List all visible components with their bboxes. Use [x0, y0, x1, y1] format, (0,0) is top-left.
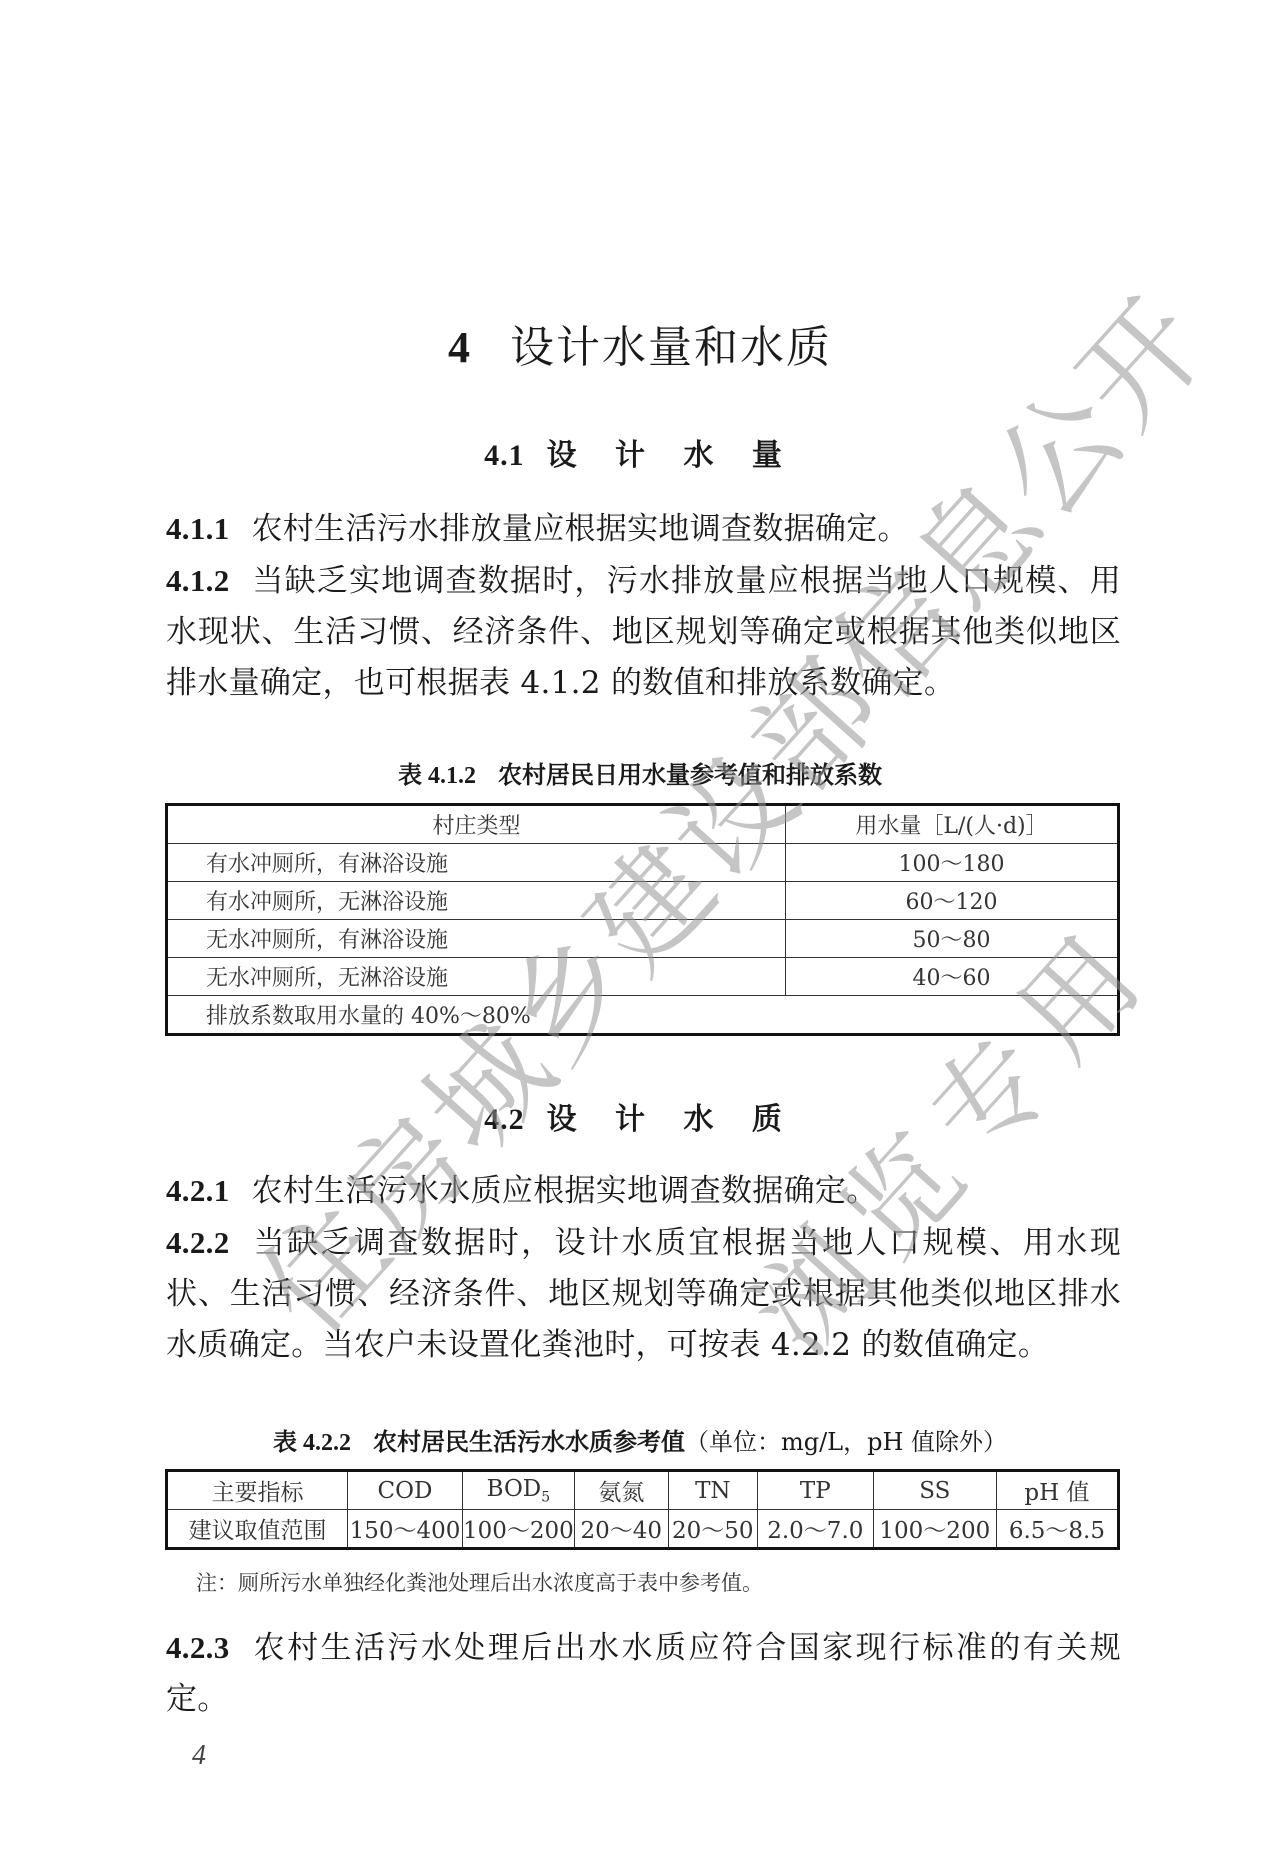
table-row: 无水冲厕所，无淋浴设施 40～60 — [167, 958, 1119, 996]
clause-4-1-1: 4.1.1农村生活污水排放量应根据实地调查数据确定。 — [166, 503, 1121, 555]
table-header-row: 主要指标 COD BOD5 氨氮 TN TP SS pH 值 — [167, 1471, 1119, 1510]
header-water-usage: 用水量［L/(人·d)］ — [786, 805, 1119, 844]
table-caption-4-1-2: 表 4.1.2农村居民日用水量参考值和排放系数 — [0, 759, 1280, 792]
chapter-title: 4设计水量和水质 — [0, 320, 1280, 376]
clause-4-2-1: 4.2.1农村生活污水水质应根据实地调查数据确定。 — [166, 1165, 1121, 1217]
table-water-quality: 主要指标 COD BOD5 氨氮 TN TP SS pH 值 建议取值范围 15… — [165, 1469, 1120, 1550]
clause-4-2-2: 4.2.2当缺乏调查数据时，设计水质宜根据当地人口规模、用水现状、生活习惯、经济… — [166, 1217, 1121, 1371]
cell-tp: 2.0～7.0 — [757, 1510, 873, 1549]
cell-water-usage: 50～80 — [786, 920, 1119, 958]
header-tn: TN — [668, 1471, 757, 1510]
table-caption-4-2-2: 表 4.2.2农村居民生活污水水质参考值（单位：mg/L，pH 值除外） — [0, 1426, 1280, 1459]
table-row: 有水冲厕所，有淋浴设施 100～180 — [167, 844, 1119, 882]
section-number: 4.1 — [484, 439, 525, 472]
bod-label: BOD — [487, 1476, 542, 1502]
table-number: 表 4.2.2 — [273, 1430, 351, 1456]
clause-number: 4.2.1 — [166, 1173, 230, 1208]
table-note: 注：厕所污水单独经化粪池处理后出水浓度高于表中参考值。 — [196, 1568, 763, 1598]
page-number: 4 — [192, 1740, 206, 1772]
clause-4-1-2: 4.1.2当缺乏实地调查数据时，污水排放量应根据当地人口规模、用水现状、生活习惯… — [166, 555, 1121, 709]
table-title: 农村居民生活污水水质参考值 — [373, 1428, 685, 1456]
table-row: 无水冲厕所，有淋浴设施 50～80 — [167, 920, 1119, 958]
clause-4-2-3: 4.2.3农村生活污水处理后出水水质应符合国家现行标准的有关规定。 — [166, 1622, 1121, 1725]
clause-text: 农村生活污水水质应根据实地调查数据确定。 — [252, 1173, 878, 1209]
cell-village-type: 无水冲厕所，无淋浴设施 — [167, 958, 786, 996]
clause-number: 4.2.3 — [166, 1630, 230, 1665]
clause-number: 4.1.2 — [166, 563, 230, 598]
header-ammonia-nitrogen: 氨氮 — [574, 1471, 668, 1510]
chapter-title-text: 设计水量和水质 — [510, 322, 832, 373]
cell-cod: 150～400 — [348, 1510, 463, 1549]
section-number: 4.2 — [484, 1103, 525, 1136]
chapter-number: 4 — [448, 323, 472, 372]
table-unit: （单位：mg/L，pH 值除外） — [685, 1428, 1007, 1456]
cell-bod5: 100～200 — [463, 1510, 575, 1549]
cell-water-usage: 60～120 — [786, 882, 1119, 920]
header-cod: COD — [348, 1471, 463, 1510]
table-number: 表 4.1.2 — [398, 763, 476, 789]
cell-water-usage: 40～60 — [786, 958, 1119, 996]
clause-text: 农村生活污水处理后出水水质应符合国家现行标准的有关规定。 — [166, 1630, 1121, 1717]
cell-ammonia-nitrogen: 20～40 — [574, 1510, 668, 1549]
header-indicator: 主要指标 — [167, 1471, 348, 1510]
cell-village-type: 无水冲厕所，有淋浴设施 — [167, 920, 786, 958]
clause-text: 当缺乏实地调查数据时，污水排放量应根据当地人口规模、用水现状、生活习惯、经济条件… — [166, 563, 1121, 701]
table-row: 有水冲厕所，无淋浴设施 60～120 — [167, 882, 1119, 920]
cell-discharge-coefficient: 排放系数取用水量的 40%～80% — [167, 996, 1119, 1035]
header-village-type: 村庄类型 — [167, 805, 786, 844]
cell-label: 建议取值范围 — [167, 1510, 348, 1549]
clause-number: 4.2.2 — [166, 1225, 230, 1260]
section-title-text: 设 计 水 质 — [547, 1102, 796, 1137]
section-title-4-2: 4.2设 计 水 质 — [0, 1100, 1280, 1140]
cell-water-usage: 100～180 — [786, 844, 1119, 882]
header-tp: TP — [757, 1471, 873, 1510]
table-header-row: 村庄类型 用水量［L/(人·d)］ — [167, 805, 1119, 844]
header-ss: SS — [873, 1471, 996, 1510]
cell-ph: 6.5～8.5 — [996, 1510, 1118, 1549]
table-footer-row: 排放系数取用水量的 40%～80% — [167, 996, 1119, 1035]
table-row: 建议取值范围 150～400 100～200 20～40 20～50 2.0～7… — [167, 1510, 1119, 1549]
section-title-4-1: 4.1设 计 水 量 — [0, 436, 1280, 476]
cell-village-type: 有水冲厕所，无淋浴设施 — [167, 882, 786, 920]
table-title: 农村居民日用水量参考值和排放系数 — [498, 761, 882, 789]
header-ph: pH 值 — [996, 1471, 1118, 1510]
cell-tn: 20～50 — [668, 1510, 757, 1549]
clause-text: 农村生活污水排放量应根据实地调查数据确定。 — [252, 511, 909, 547]
section-title-text: 设 计 水 量 — [547, 438, 796, 473]
clause-number: 4.1.1 — [166, 511, 230, 546]
cell-ss: 100～200 — [873, 1510, 996, 1549]
clause-text: 当缺乏调查数据时，设计水质宜根据当地人口规模、用水现状、生活习惯、经济条件、地区… — [166, 1225, 1121, 1363]
cell-village-type: 有水冲厕所，有淋浴设施 — [167, 844, 786, 882]
document-page: 4设计水量和水质 4.1设 计 水 量 4.1.1农村生活污水排放量应根据实地调… — [0, 0, 1280, 1854]
header-bod5: BOD5 — [463, 1471, 575, 1510]
table-water-usage: 村庄类型 用水量［L/(人·d)］ 有水冲厕所，有淋浴设施 100～180 有水… — [165, 803, 1120, 1036]
bod-subscript: 5 — [541, 1489, 550, 1505]
